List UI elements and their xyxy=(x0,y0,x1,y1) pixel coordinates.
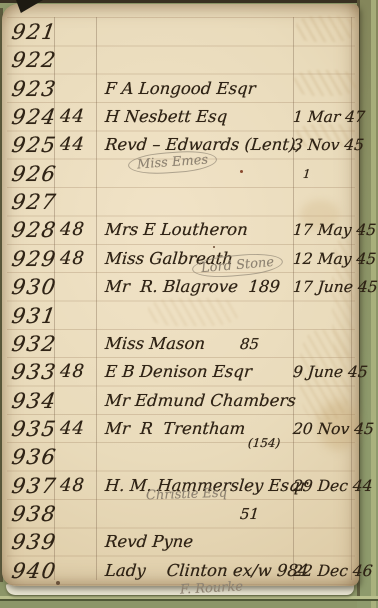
fee-value: 48 xyxy=(59,245,86,273)
entry-name: Miss Mason xyxy=(104,330,207,358)
ledger-row: 936 xyxy=(2,443,359,471)
entry-extra: 51 xyxy=(239,500,261,528)
entry-date: 17 May 45 xyxy=(292,216,378,244)
ledger-row: 923F A Longood Esqr xyxy=(2,75,359,103)
ledger-row: 940Lady Clinton ex/w 98422 Dec 46 xyxy=(2,557,359,585)
ledger-page: 921922923F A Longood Esqr92444H Nesbett … xyxy=(2,4,359,586)
book-cover-edge xyxy=(371,0,376,608)
entry-number: 938 xyxy=(10,500,59,528)
ledger-row: 922 xyxy=(2,46,359,74)
ledger-row: 93544Mr R Trentham(154)20 Nov 45 xyxy=(2,415,359,443)
entry-date: 9 June 45 xyxy=(292,358,369,386)
entry-number: 921 xyxy=(10,18,59,46)
fee-value: 44 xyxy=(59,131,86,159)
entry-number: 936 xyxy=(10,443,59,471)
entry-extra: 85 xyxy=(239,330,261,358)
ledger-row: 93851 xyxy=(2,500,359,528)
entry-number: 934 xyxy=(10,387,59,415)
fee-value: 48 xyxy=(59,216,86,244)
pencil-annotation-christie: Christie Esq xyxy=(146,486,228,504)
entry-number: 926 xyxy=(10,160,59,188)
entry-number: 929 xyxy=(10,245,59,273)
fee-value: 48 xyxy=(59,472,86,500)
entry-number: 931 xyxy=(10,302,59,330)
entry-number: 924 xyxy=(10,103,59,131)
ledger-row: 92948Miss Galbreath12 May 45 xyxy=(2,245,359,273)
entry-number: 933 xyxy=(10,358,59,386)
entry-name: Revd Pyne xyxy=(104,528,195,556)
fee-value: 44 xyxy=(59,415,86,443)
entry-name: E B Denison Esqr xyxy=(104,358,253,386)
entry-number: 935 xyxy=(10,415,59,443)
entry-number: 939 xyxy=(10,528,59,556)
ledger-row: 930Mr R. Blagrove 18917 June 45 xyxy=(2,273,359,301)
ledger-row: 932Miss Mason85 xyxy=(2,330,359,358)
book-top-seam xyxy=(0,0,366,3)
entry-number: 925 xyxy=(10,131,59,159)
entry-date: 20 Nov 45 xyxy=(292,415,375,443)
ledger-row: 931 xyxy=(2,302,359,330)
entry-number: 932 xyxy=(10,330,59,358)
entry-name: F A Longood Esqr xyxy=(104,75,257,103)
fee-value: 44 xyxy=(59,103,86,131)
entry-number: 928 xyxy=(10,216,59,244)
entry-date: 22 Dec 46 xyxy=(292,557,374,585)
entry-name: Mrs E Loutheron xyxy=(104,216,249,244)
entry-number: 922 xyxy=(10,46,59,74)
ledger-row: 939Revd Pyne xyxy=(2,528,359,556)
entry-date: 1 Mar 47 xyxy=(292,103,366,131)
entry-number: 927 xyxy=(10,188,59,216)
entry-number: 940 xyxy=(10,557,59,585)
entry-name: Mr R. Blagrove 189 xyxy=(104,273,281,301)
entry-date: 17 June 45 xyxy=(292,273,378,301)
book-bottom-edge-dark xyxy=(0,599,378,601)
ledger-row: 927 xyxy=(2,188,359,216)
entry-name: H Nesbett Esq xyxy=(104,103,229,131)
entry-number: 930 xyxy=(10,273,59,301)
entry-number: 923 xyxy=(10,75,59,103)
ledger-row: 934Mr Edmund Chambers xyxy=(2,387,359,415)
entry-name: Mr R Trentham xyxy=(104,415,247,443)
fee-value: 48 xyxy=(59,358,86,386)
scanned-ledger-photo: 921922923F A Longood Esqr92444H Nesbett … xyxy=(0,0,378,608)
entry-date: 3 Nov 45 xyxy=(292,131,366,159)
entry-number: 937 xyxy=(10,472,59,500)
ledger-row: 921 xyxy=(2,18,359,46)
entry-date: 12 May 45 xyxy=(292,245,378,273)
entry-mark: 1 xyxy=(302,160,312,188)
ledger-row: 92444H Nesbett Esq1 Mar 47 xyxy=(2,103,359,131)
ledger-row: 92848Mrs E Loutheron17 May 45 xyxy=(2,216,359,244)
entry-date: 29 Dec 44 xyxy=(292,472,374,500)
ledger-row: 93348E B Denison Esqr9 June 45 xyxy=(2,358,359,386)
entry-name: Mr Edmund Chambers xyxy=(104,387,297,415)
